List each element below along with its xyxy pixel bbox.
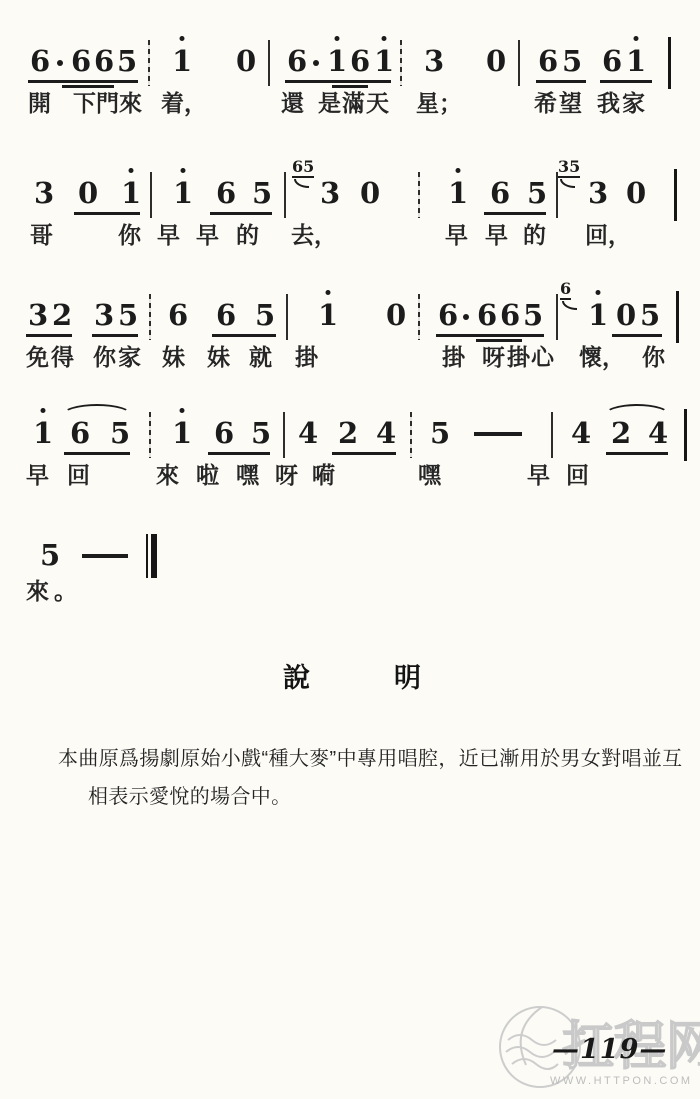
- duration-beam: [210, 212, 272, 215]
- jianpu-note: 5: [40, 538, 60, 572]
- jianpu-note: 0: [616, 298, 636, 332]
- jianpu-note: 1: [448, 176, 468, 210]
- explanation-line-1: 本曲原爲揚劇原始小戲“種大麥”中專用唱腔，近已漸用於男女對唱並互: [58, 742, 683, 771]
- barline: [286, 294, 288, 340]
- octave-dot: [335, 36, 340, 41]
- section-heading: 說明: [283, 656, 505, 695]
- jianpu-note: 4: [571, 416, 591, 450]
- octave-dot: [596, 290, 601, 295]
- lyric-char: 嘿: [418, 462, 441, 488]
- prolongation-dot: [57, 60, 63, 66]
- jianpu-note: 1: [33, 416, 53, 450]
- lyric-char: 回: [585, 222, 608, 248]
- lyric-char: 家: [622, 90, 645, 116]
- lyric-char: 呀: [482, 344, 505, 370]
- slur-arc: [604, 404, 670, 415]
- lyric-char: 掛: [295, 344, 318, 370]
- duration-beam: [600, 80, 652, 83]
- barline: [149, 294, 151, 340]
- jianpu-note: 6: [438, 298, 458, 332]
- prolongation-dot: [463, 314, 469, 320]
- octave-dot: [382, 36, 387, 41]
- lyric-char: 妹: [162, 344, 185, 370]
- lyric-char: ；: [439, 90, 462, 116]
- system-end-barline: [684, 409, 687, 461]
- jianpu-note: 4: [648, 416, 668, 450]
- grace-note: 65: [292, 159, 314, 178]
- jianpu-note: 5: [523, 298, 543, 332]
- lyric-char: 的: [236, 222, 259, 248]
- lyric-char: 心: [531, 344, 554, 370]
- grace-note: 6: [560, 281, 571, 300]
- jianpu-note: 5: [110, 416, 130, 450]
- lyric-char: 來: [26, 578, 49, 604]
- jianpu-note: 6: [216, 176, 236, 210]
- barline: [284, 172, 286, 218]
- jianpu-note: 3: [94, 298, 114, 332]
- lyric-char: 嘿: [236, 462, 259, 488]
- barline: [283, 412, 285, 458]
- final-barline-thick: [151, 534, 157, 578]
- lyric-char: 還: [281, 90, 304, 116]
- music-systems: 6665106161306561開下門來着，還是滿天星；希望我家30116530…: [0, 0, 700, 1099]
- lyric-char: 啦: [196, 462, 219, 488]
- jianpu-note: 3: [588, 176, 608, 210]
- jianpu-note: 6: [216, 298, 236, 332]
- jianpu-note: 5: [527, 176, 547, 210]
- jianpu-note: 1: [588, 298, 608, 332]
- lyric-char: 着: [161, 90, 184, 116]
- jianpu-note: 3: [424, 44, 444, 78]
- jianpu-note: 0: [78, 176, 98, 210]
- jianpu-note: 2: [611, 416, 631, 450]
- duration-beam: [606, 452, 668, 455]
- lyric-char: 呀: [275, 462, 298, 488]
- slur-arc: [62, 404, 132, 415]
- jianpu-note: 0: [486, 44, 506, 78]
- barline: [518, 40, 520, 86]
- duration-beam: [208, 452, 270, 455]
- lyric-char: 滿: [342, 90, 365, 116]
- jianpu-note: 6: [538, 44, 558, 78]
- lyric-char: 早: [445, 222, 468, 248]
- octave-dot: [180, 36, 185, 41]
- jianpu-note: 0: [386, 298, 406, 332]
- jianpu-note: 6: [30, 44, 50, 78]
- grace-note: 35: [558, 159, 580, 178]
- lyric-char: 掛: [507, 344, 530, 370]
- jianpu-note: 1: [327, 44, 347, 78]
- jianpu-note: 1: [121, 176, 141, 210]
- lyric-char: 免: [26, 344, 49, 370]
- jianpu-note: 1: [318, 298, 338, 332]
- lyric-char: 回: [67, 462, 90, 488]
- barline: [410, 412, 412, 458]
- jianpu-note: 4: [298, 416, 318, 450]
- octave-dot: [181, 168, 186, 173]
- lyric-char: 懷: [579, 344, 602, 370]
- lyric-char: 嗬: [312, 462, 335, 488]
- barline: [150, 172, 152, 218]
- jianpu-note: 3: [34, 176, 54, 210]
- lyric-char: 你: [118, 222, 141, 248]
- lyric-char: 掛: [442, 344, 465, 370]
- duration-beam: [62, 85, 114, 88]
- jianpu-note: 6: [287, 44, 307, 78]
- sustain-dash: [82, 554, 128, 558]
- lyric-char: ，: [184, 90, 207, 116]
- barline: [400, 40, 402, 86]
- duration-beam: [74, 212, 140, 215]
- jianpu-note: 1: [173, 176, 193, 210]
- jianpu-note: 0: [626, 176, 646, 210]
- lyric-char: 希: [534, 90, 557, 116]
- jianpu-note: 1: [172, 44, 192, 78]
- lyric-char: 你: [93, 344, 116, 370]
- barline: [551, 412, 553, 458]
- lyric-char: 的: [523, 222, 546, 248]
- prolongation-dot: [313, 60, 319, 66]
- jianpu-note: 2: [52, 298, 72, 332]
- duration-beam: [476, 339, 522, 342]
- duration-beam: [28, 80, 138, 83]
- lyric-char: 就: [249, 344, 272, 370]
- jianpu-note: 5: [118, 298, 138, 332]
- barline: [556, 172, 558, 218]
- jianpu-note: 6: [214, 416, 234, 450]
- jianpu-note: 1: [626, 44, 646, 78]
- lyric-char: 來: [156, 462, 179, 488]
- lyric-char: 早: [527, 462, 550, 488]
- jianpu-note: 6: [70, 416, 90, 450]
- lyric-char: 來: [119, 90, 142, 116]
- lyric-char: 星: [416, 90, 439, 116]
- jianpu-note: 0: [360, 176, 380, 210]
- jianpu-note: 6: [490, 176, 510, 210]
- octave-dot: [41, 408, 46, 413]
- lyric-char: 早: [26, 462, 49, 488]
- duration-beam: [612, 334, 662, 337]
- lyric-char: ，: [314, 222, 337, 248]
- octave-dot: [180, 408, 185, 413]
- lyric-char: 天: [366, 90, 389, 116]
- duration-beam: [332, 85, 368, 88]
- lyric-char: 早: [196, 222, 219, 248]
- duration-beam: [536, 80, 586, 83]
- barline: [418, 172, 420, 218]
- lyric-char: 哥: [30, 222, 53, 248]
- sheet-music-page: 6665106161306561開下門來着，還是滿天星；希望我家30116530…: [0, 0, 700, 1099]
- jianpu-note: 5: [430, 416, 450, 450]
- barline: [149, 412, 151, 458]
- jianpu-note: 6: [168, 298, 188, 332]
- jianpu-note: 5: [251, 416, 271, 450]
- duration-beam: [285, 80, 391, 83]
- duration-beam: [64, 452, 130, 455]
- watermark-url: WWW.HTTPON.COM: [550, 1075, 693, 1087]
- octave-dot: [326, 290, 331, 295]
- octave-dot: [456, 168, 461, 173]
- barline: [418, 294, 420, 340]
- lyric-char: 得: [51, 344, 74, 370]
- lyric-char: 早: [485, 222, 508, 248]
- jianpu-note: 1: [374, 44, 394, 78]
- lyric-char: ，: [608, 222, 631, 248]
- jianpu-note: 5: [640, 298, 660, 332]
- jianpu-note: 3: [28, 298, 48, 332]
- jianpu-note: 6: [71, 44, 91, 78]
- lyric-char: 。: [54, 578, 77, 604]
- duration-beam: [92, 334, 138, 337]
- jianpu-note: 6: [602, 44, 622, 78]
- lyric-char: 回: [566, 462, 589, 488]
- jianpu-note: 6: [500, 298, 520, 332]
- jianpu-note: 5: [117, 44, 137, 78]
- duration-beam: [484, 212, 546, 215]
- lyric-char: 早: [157, 222, 180, 248]
- lyric-char: 去: [291, 222, 314, 248]
- final-barline-thin: [146, 534, 148, 578]
- jianpu-note: 3: [320, 176, 340, 210]
- jianpu-note: 5: [255, 298, 275, 332]
- barline: [148, 40, 150, 86]
- octave-dot: [129, 168, 134, 173]
- grace-tie: [294, 179, 309, 188]
- lyric-char: 我: [597, 90, 620, 116]
- jianpu-note: 6: [350, 44, 370, 78]
- lyric-char: 妹: [207, 344, 230, 370]
- lyric-char: 家: [118, 344, 141, 370]
- jianpu-note: 6: [477, 298, 497, 332]
- barline: [556, 294, 558, 340]
- jianpu-note: 5: [562, 44, 582, 78]
- octave-dot: [634, 36, 639, 41]
- jianpu-note: 2: [338, 416, 358, 450]
- system-end-barline: [668, 37, 671, 89]
- system-end-barline: [676, 291, 679, 343]
- jianpu-note: 4: [376, 416, 396, 450]
- system-end-barline: [674, 169, 677, 221]
- sustain-dash: [474, 432, 522, 436]
- explanation-line-2: 相表示愛悅的場合中。: [88, 780, 292, 809]
- lyric-char: 門: [96, 90, 119, 116]
- grace-tie: [562, 301, 577, 310]
- page-number: —119—: [552, 1034, 667, 1065]
- lyric-char: 是: [318, 90, 341, 116]
- jianpu-note: 1: [172, 416, 192, 450]
- lyric-char: 你: [642, 344, 665, 370]
- lyric-char: 下: [73, 90, 96, 116]
- lyric-char: 望: [559, 90, 582, 116]
- jianpu-note: 5: [252, 176, 272, 210]
- barline: [268, 40, 270, 86]
- lyric-char: 開: [28, 90, 51, 116]
- lyric-char: ，: [602, 344, 625, 370]
- duration-beam: [212, 334, 276, 337]
- grace-tie: [560, 179, 575, 188]
- jianpu-note: 6: [94, 44, 114, 78]
- duration-beam: [332, 452, 396, 455]
- duration-beam: [436, 334, 544, 337]
- jianpu-note: 0: [236, 44, 256, 78]
- duration-beam: [26, 334, 72, 337]
